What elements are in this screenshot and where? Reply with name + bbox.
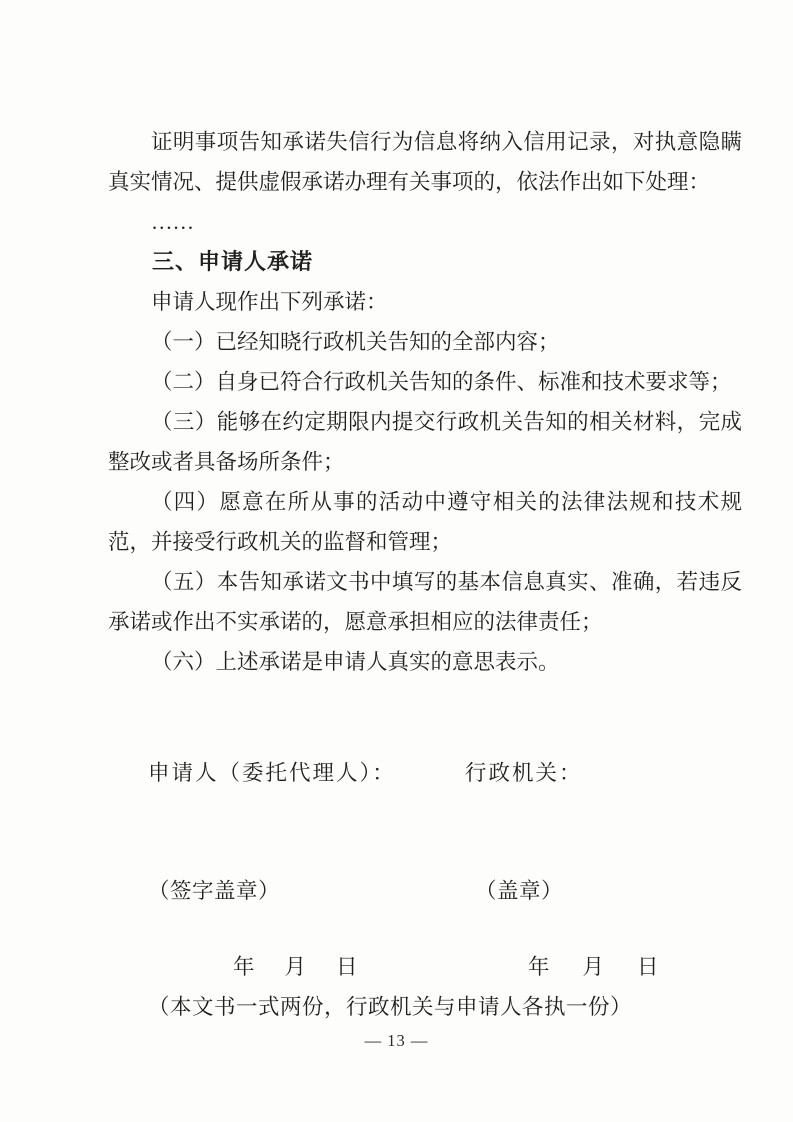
pledge-item-5: （五）本告知承诺文书中填写的基本信息真实、准确，若违反承诺或作出不实承诺的，愿意… bbox=[108, 562, 742, 642]
pledge-item-3: （三）能够在约定期限内提交行政机关告知的相关材料，完成整改或者具备场所条件； bbox=[108, 402, 742, 482]
day-label: 日 bbox=[637, 952, 659, 982]
document-page: 证明事项告知承诺失信行为信息将纳入信用记录，对执意隐瞒真实情况、提供虚假承诺办理… bbox=[0, 0, 793, 1122]
section-heading: 三、申请人承诺 bbox=[108, 242, 742, 282]
pledge-item-2: （二）自身已符合行政机关告知的条件、标准和技术要求等； bbox=[108, 362, 742, 402]
applicant-seal-label: （签字盖章） bbox=[148, 876, 280, 906]
applicant-signature-label: 申请人（委托代理人）： bbox=[148, 758, 396, 788]
authority-date-line: 年 月 日 bbox=[528, 952, 659, 982]
year-label: 年 bbox=[233, 952, 255, 982]
year-label: 年 bbox=[528, 952, 550, 982]
authority-seal-label: （盖章） bbox=[475, 876, 563, 906]
applicant-date-line: 年 月 日 bbox=[233, 952, 358, 982]
month-label: 月 bbox=[285, 952, 307, 982]
pledge-item-4: （四）愿意在所从事的活动中遵守相关的法律法规和技术规范，并接受行政机关的监督和管… bbox=[108, 482, 742, 562]
page-number: — 13 — bbox=[0, 1031, 793, 1051]
pledge-intro: 申请人现作出下列承诺： bbox=[108, 282, 742, 322]
intro-paragraph: 证明事项告知承诺失信行为信息将纳入信用记录，对执意隐瞒真实情况、提供虚假承诺办理… bbox=[108, 122, 742, 202]
copies-footnote: （本文书一式两份，行政机关与申请人各执一份） bbox=[148, 992, 632, 1022]
month-label: 月 bbox=[583, 952, 605, 982]
pledge-item-1: （一）已经知晓行政机关告知的全部内容； bbox=[108, 322, 742, 362]
pledge-item-6: （六）上述承诺是申请人真实的意思表示。 bbox=[108, 642, 742, 682]
document-body: 证明事项告知承诺失信行为信息将纳入信用记录，对执意隐瞒真实情况、提供虚假承诺办理… bbox=[108, 122, 742, 682]
authority-signature-label: 行政机关： bbox=[465, 758, 583, 788]
day-label: 日 bbox=[336, 952, 358, 982]
ellipsis-line: …… bbox=[108, 202, 742, 242]
